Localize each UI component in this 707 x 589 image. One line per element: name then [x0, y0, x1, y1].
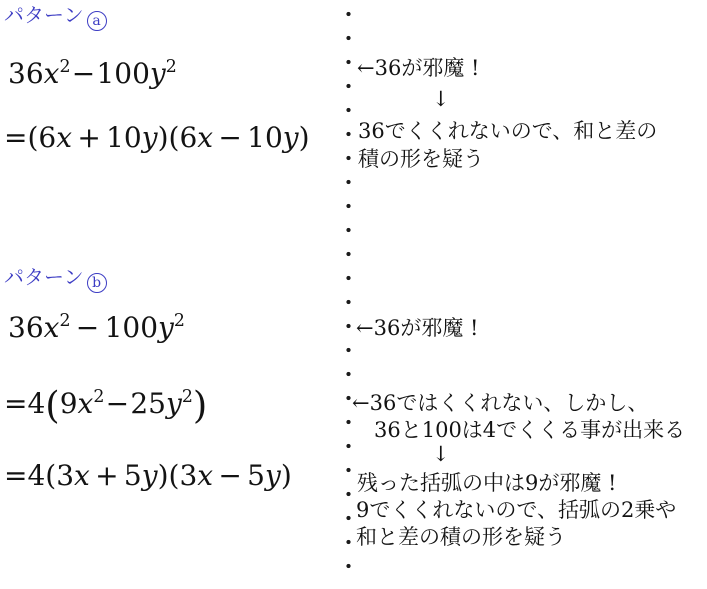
annotation-b-factor-line-2: 36と100は4でくくる事が出来る	[374, 417, 685, 444]
annotation-b-obstacle: ←36が邪魔 !	[356, 315, 478, 342]
pattern-b-expression-3: =4(3x+5y)(3x−5y)	[4, 458, 292, 493]
pattern-b-expression-1: 36x2−100y2	[8, 310, 185, 345]
pattern-b-label: パターンb	[4, 265, 107, 293]
worksheet-page: パターンa 36x2−100y2 =(6x+10y)(6x−10y) パターンb…	[0, 0, 707, 589]
annotation-a-explanation-line-2: 積の形を疑う	[358, 146, 484, 173]
annotation-b-conclusion-line-2: 9でくくれないので、括弧の2乗や	[356, 497, 676, 524]
pattern-b-circled-letter: b	[87, 273, 107, 293]
annotation-b-factor-line-1: ←36ではくくれない、しかし、	[352, 390, 648, 417]
down-arrow-icon: ↓	[432, 441, 450, 468]
pattern-b-expression-2: =4(9x2−25y2)	[4, 386, 207, 425]
pattern-a-circled-letter: a	[87, 11, 107, 31]
pattern-a-expression-1: 36x2−100y2	[8, 56, 177, 91]
pattern-a-label: パターンa	[4, 3, 107, 31]
down-arrow-icon: ↓	[432, 86, 450, 113]
pattern-b-label-text: パターン	[4, 265, 84, 289]
annotation-a-explanation-line-1: 36でくくれないので、和と差の	[358, 118, 657, 145]
pattern-a-label-text: パターン	[4, 3, 84, 27]
pattern-a-expression-2: =(6x+10y)(6x−10y)	[4, 120, 310, 155]
annotation-b-conclusion-line-3: 和と差の積の形を疑う	[356, 524, 566, 551]
annotation-a-obstacle: ←36が邪魔 !	[357, 55, 479, 82]
dotted-divider	[346, 2, 351, 586]
annotation-b-conclusion-line-1: 残った括弧の中は9が邪魔 !	[357, 470, 616, 497]
